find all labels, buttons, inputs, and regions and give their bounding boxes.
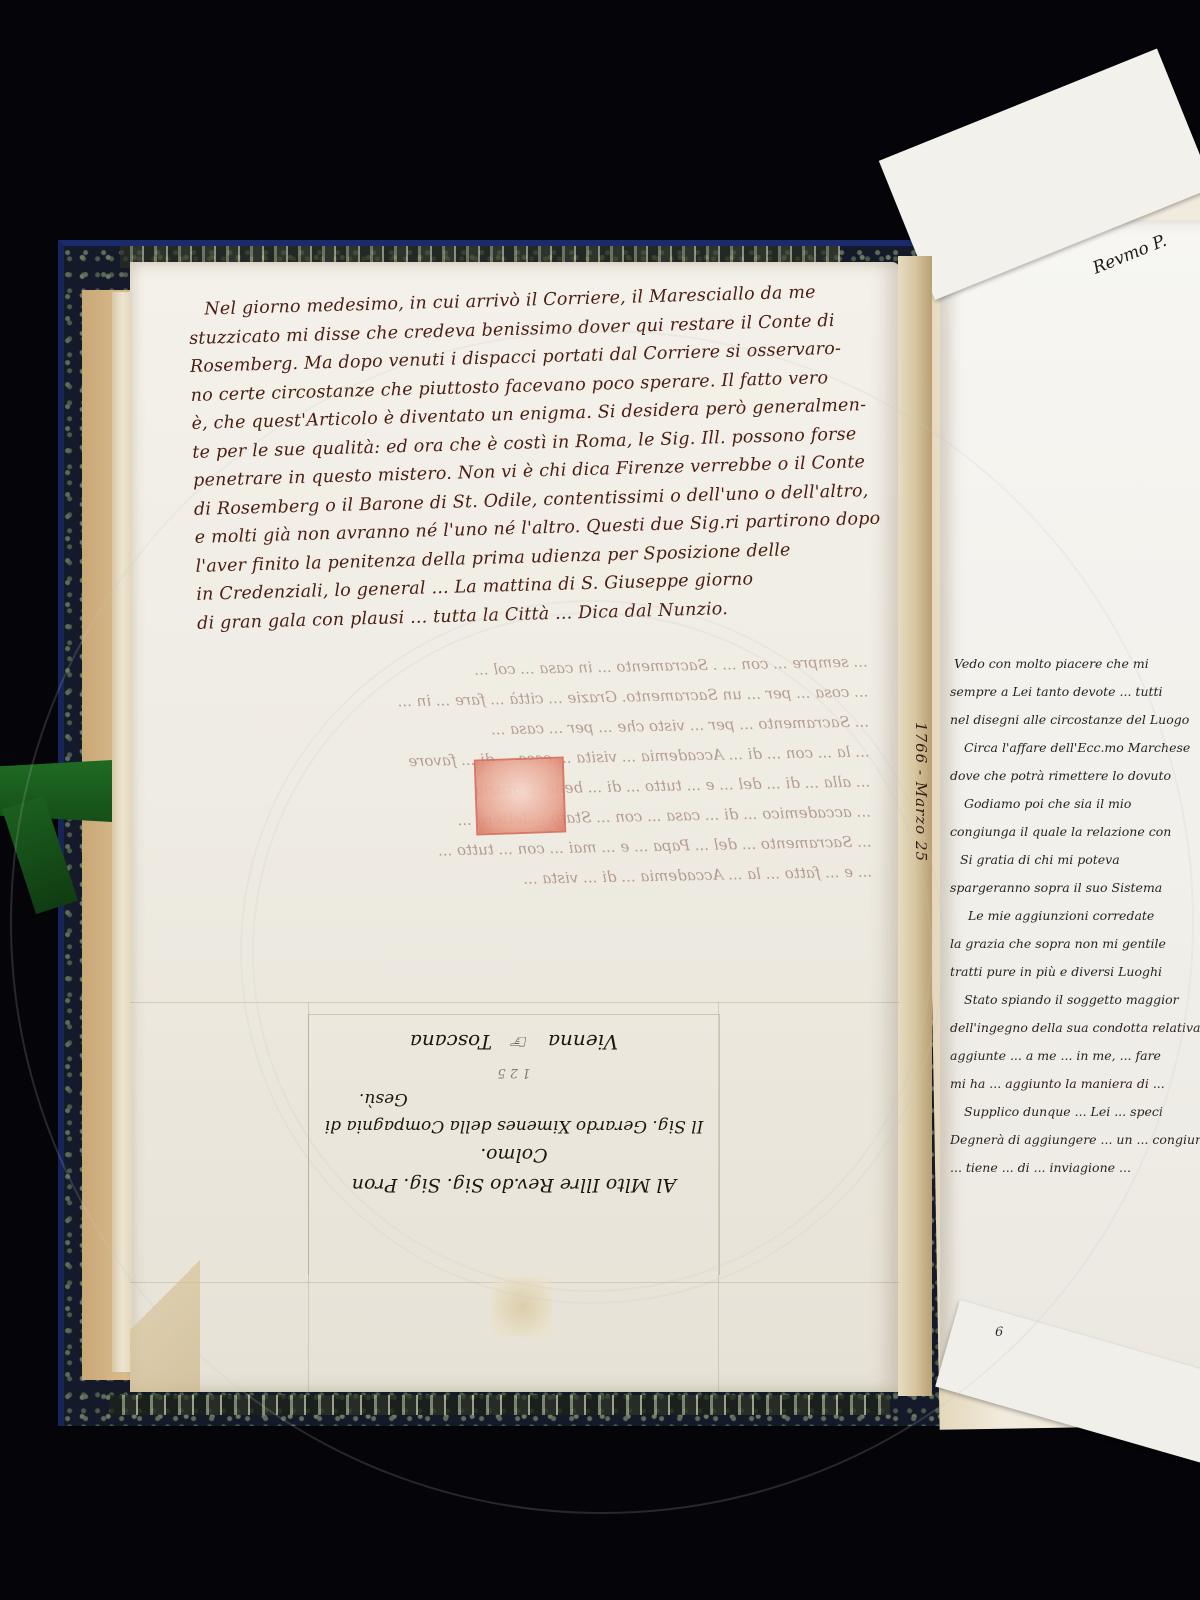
text-line: mi ha ... aggiunto la maniera di ...	[950, 1070, 1200, 1098]
text-line: Stato spiando il soggetto maggior	[950, 986, 1200, 1014]
text-line: sempre a Lei tanto devote ... tutti	[950, 678, 1200, 706]
text-line: tratti pure in più e diversi Luoghi	[950, 958, 1200, 986]
letter-body: Nel giorno medesimo, in cui arrivò il Co…	[188, 277, 887, 638]
marbled-edge-bottom	[110, 1395, 890, 1415]
manuscript-photo: Revmo P. Vedo con molto piacere che mi s…	[0, 0, 1200, 1600]
address-panel: Al Mlto Illre Rev.do Sig. Sig. Pron Colm…	[308, 1014, 720, 1275]
address-line: Il Sig. Gerardo Ximenes della Compagnia …	[319, 1112, 709, 1140]
address-block: Al Mlto Illre Rev.do Sig. Sig. Pron Colm…	[319, 1025, 709, 1200]
text-line: la grazia che sopra non mi gentile	[950, 930, 1200, 958]
text-line: congiunga il quale la relazione con	[950, 818, 1200, 846]
right-page-text: Vedo con molto piacere che mi sempre a L…	[950, 650, 1200, 1182]
text-line: aggiunte ... a me ... in me, ... fare	[950, 1042, 1200, 1070]
text-line: Circa l'affare dell'Ecc.mo Marchese	[950, 734, 1200, 762]
text-line: spargeranno sopra il suo Sistema	[950, 874, 1200, 902]
right-page-mark: 6	[995, 1325, 1003, 1340]
text-line: nel disegni alle circostanze del Luogo	[950, 706, 1200, 734]
text-line: Le mie aggiunzioni corredate	[950, 902, 1200, 930]
paper-damage	[130, 1242, 200, 1392]
paper-stain	[492, 1277, 552, 1337]
text-line: Si gratia di chi mi poteva	[950, 846, 1200, 874]
text-line: ... tiene ... di ... inviagione ...	[950, 1154, 1200, 1182]
text-line: dove che potrà rimettere lo dovuto	[950, 762, 1200, 790]
fold-line	[130, 1002, 900, 1003]
left-page: Nel giorno medesimo, in cui arrivò il Co…	[130, 262, 900, 1392]
destination-region: Toscana	[410, 1030, 492, 1054]
address-line: Al Mlto Illre Rev.do Sig. Sig. Pron Colm…	[319, 1140, 709, 1200]
text-line: Supplico dunque ... Lei ... speci	[950, 1098, 1200, 1126]
margin-date-note: 1766 - Marzo 25	[912, 722, 930, 862]
address-number: 1 2 5	[319, 1065, 709, 1080]
address-destination: Vienna ☞ Toscana	[319, 1025, 709, 1059]
text-line: Godiamo poi che sia il mio	[950, 790, 1200, 818]
text-line: Vedo con molto piacere che mi	[950, 650, 1200, 678]
text-line: dell'ingegno della sua condotta relativa	[950, 1014, 1200, 1042]
destination-city: Vienna	[548, 1030, 618, 1054]
wax-seal	[474, 756, 567, 835]
left-page-edge-stack	[112, 292, 132, 1372]
address-line: Gesù.	[319, 1086, 709, 1112]
text-line: Degnerà di aggiungere ... un ... congiun…	[950, 1126, 1200, 1154]
